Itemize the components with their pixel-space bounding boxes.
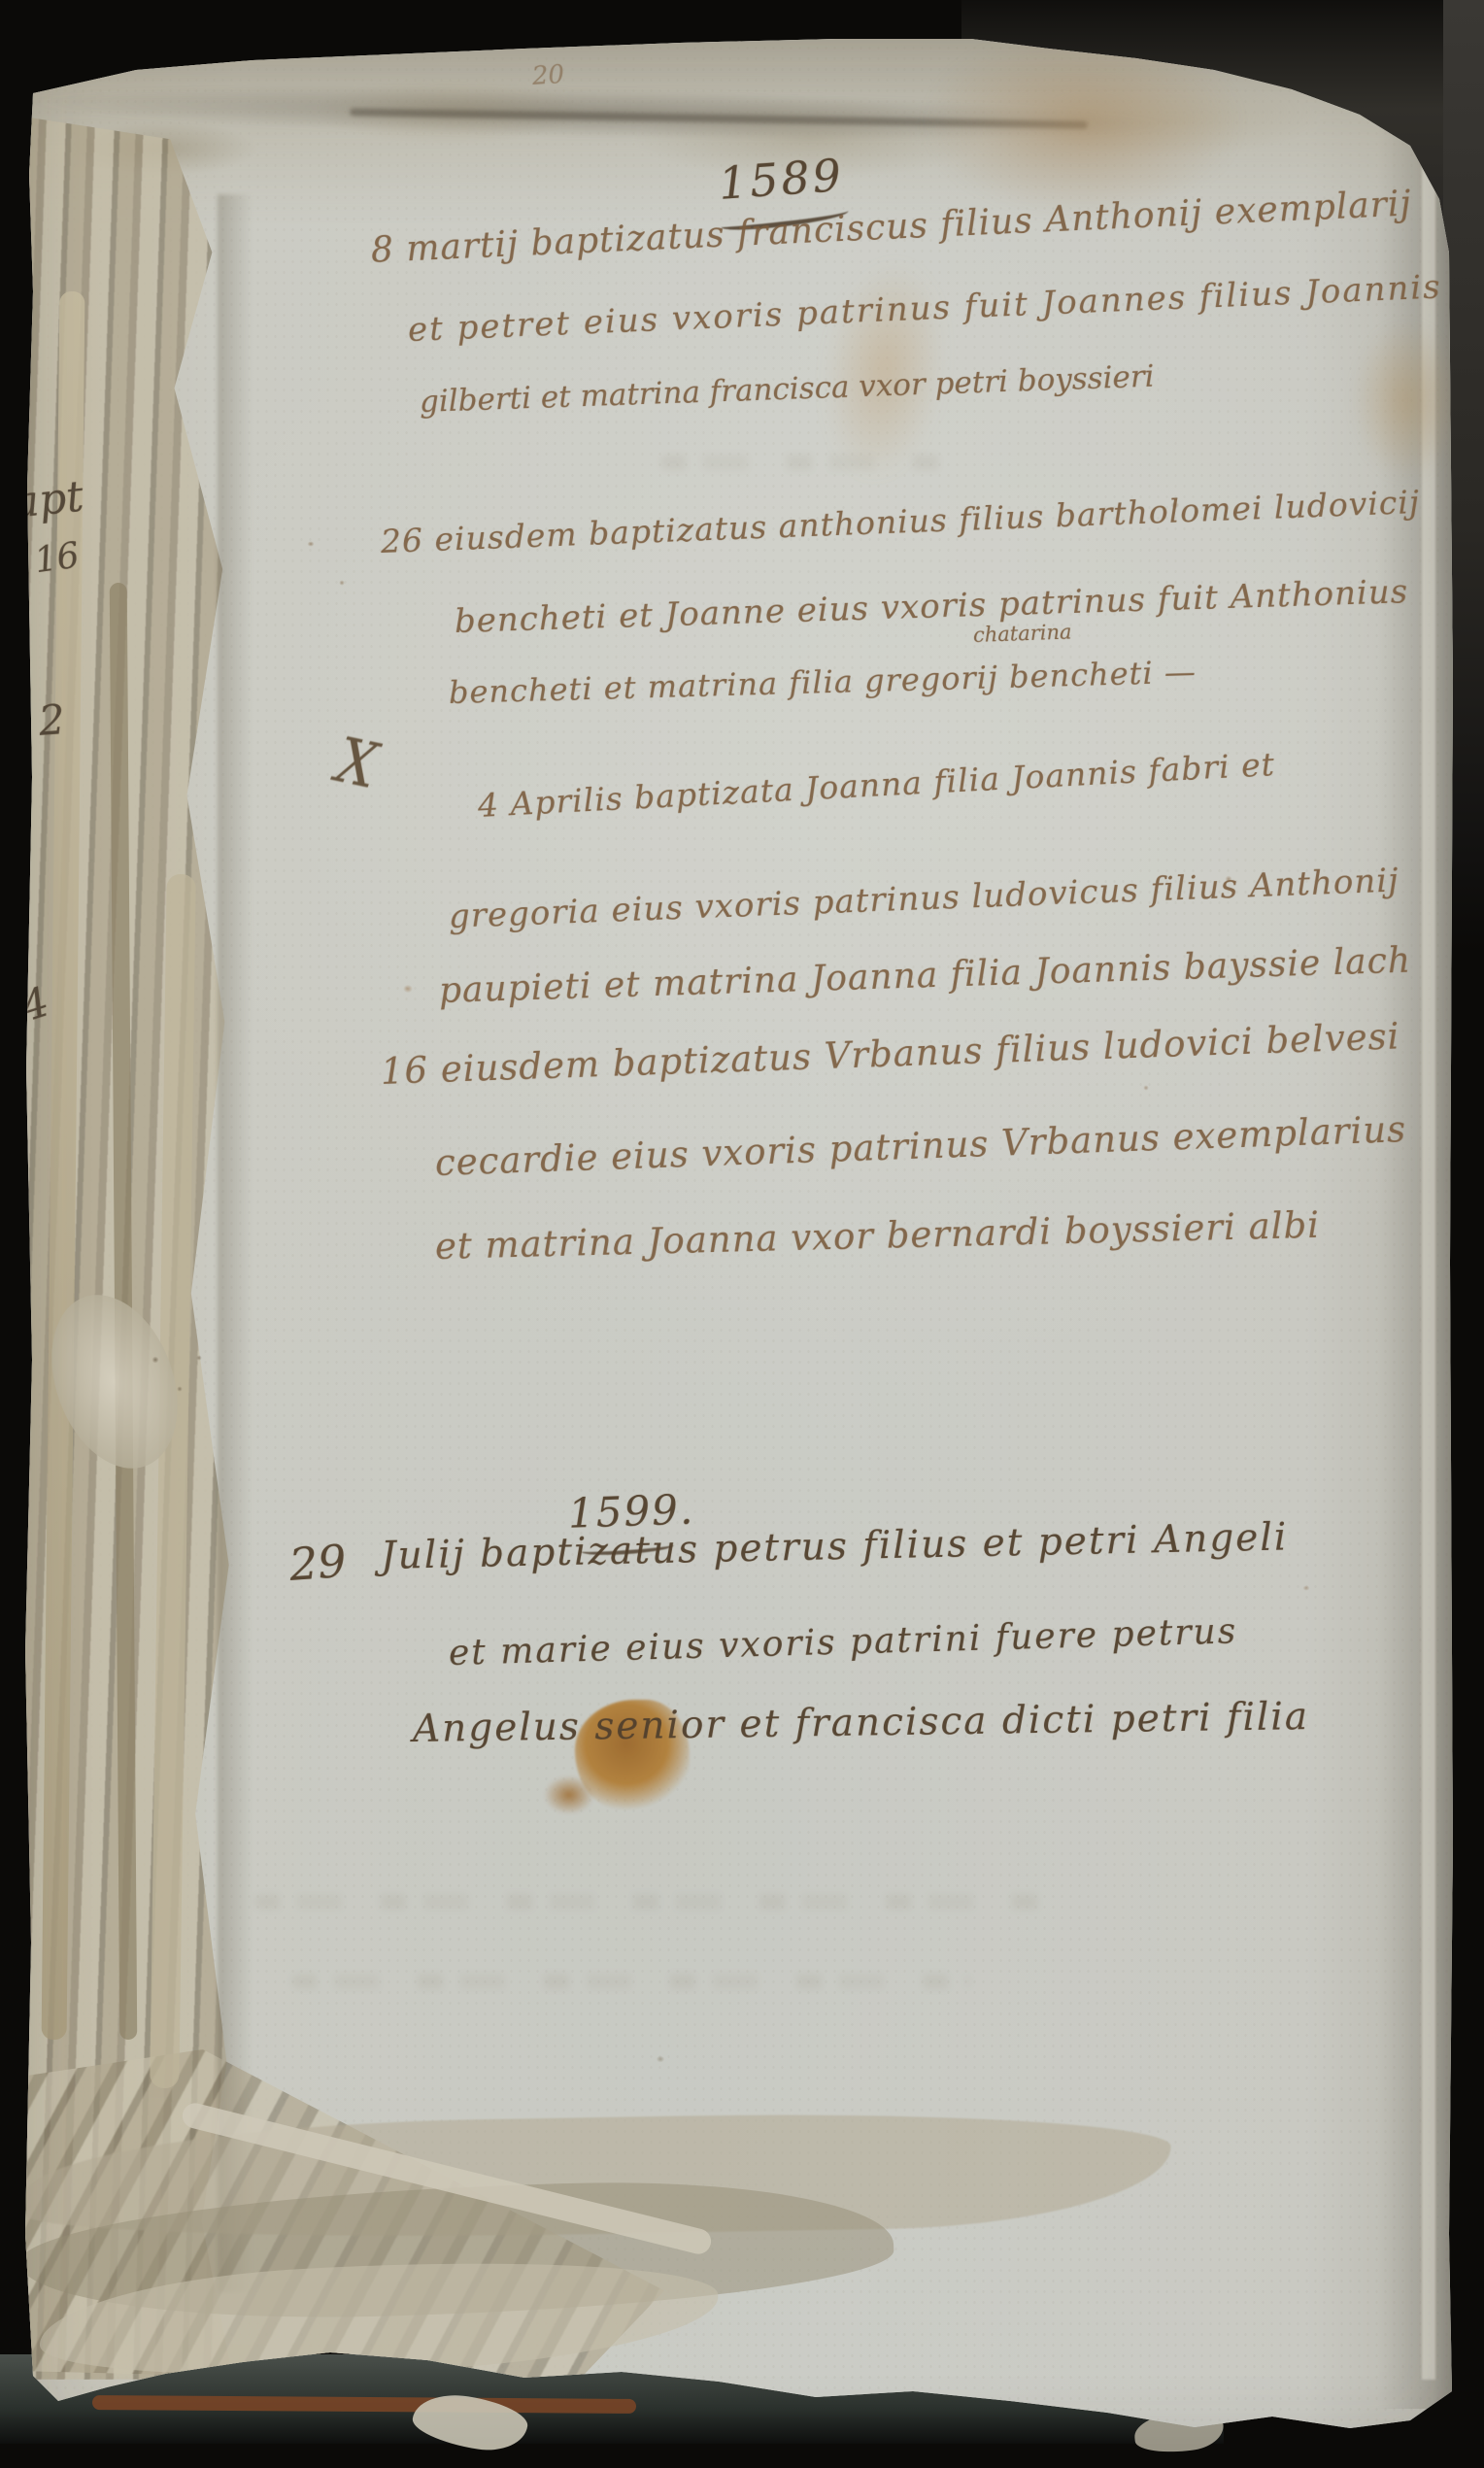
margin-note-2: 2: [37, 695, 66, 745]
margin-note-bapt: bapt: [0, 472, 85, 531]
year-1589-heading: 1589: [717, 149, 846, 210]
entry5-day-number: 29: [287, 1535, 348, 1591]
margin-note-16: 16: [32, 536, 82, 582]
register-page: 20 1589 8 martij baptizatus franciscus f…: [0, 0, 1484, 2468]
top-edge-folio-note: 20: [531, 60, 565, 91]
register-photo: 20 1589 8 martij baptizatus franciscus f…: [0, 0, 1484, 2468]
entry2-interlinear-chatarina: chatarina: [973, 620, 1072, 647]
